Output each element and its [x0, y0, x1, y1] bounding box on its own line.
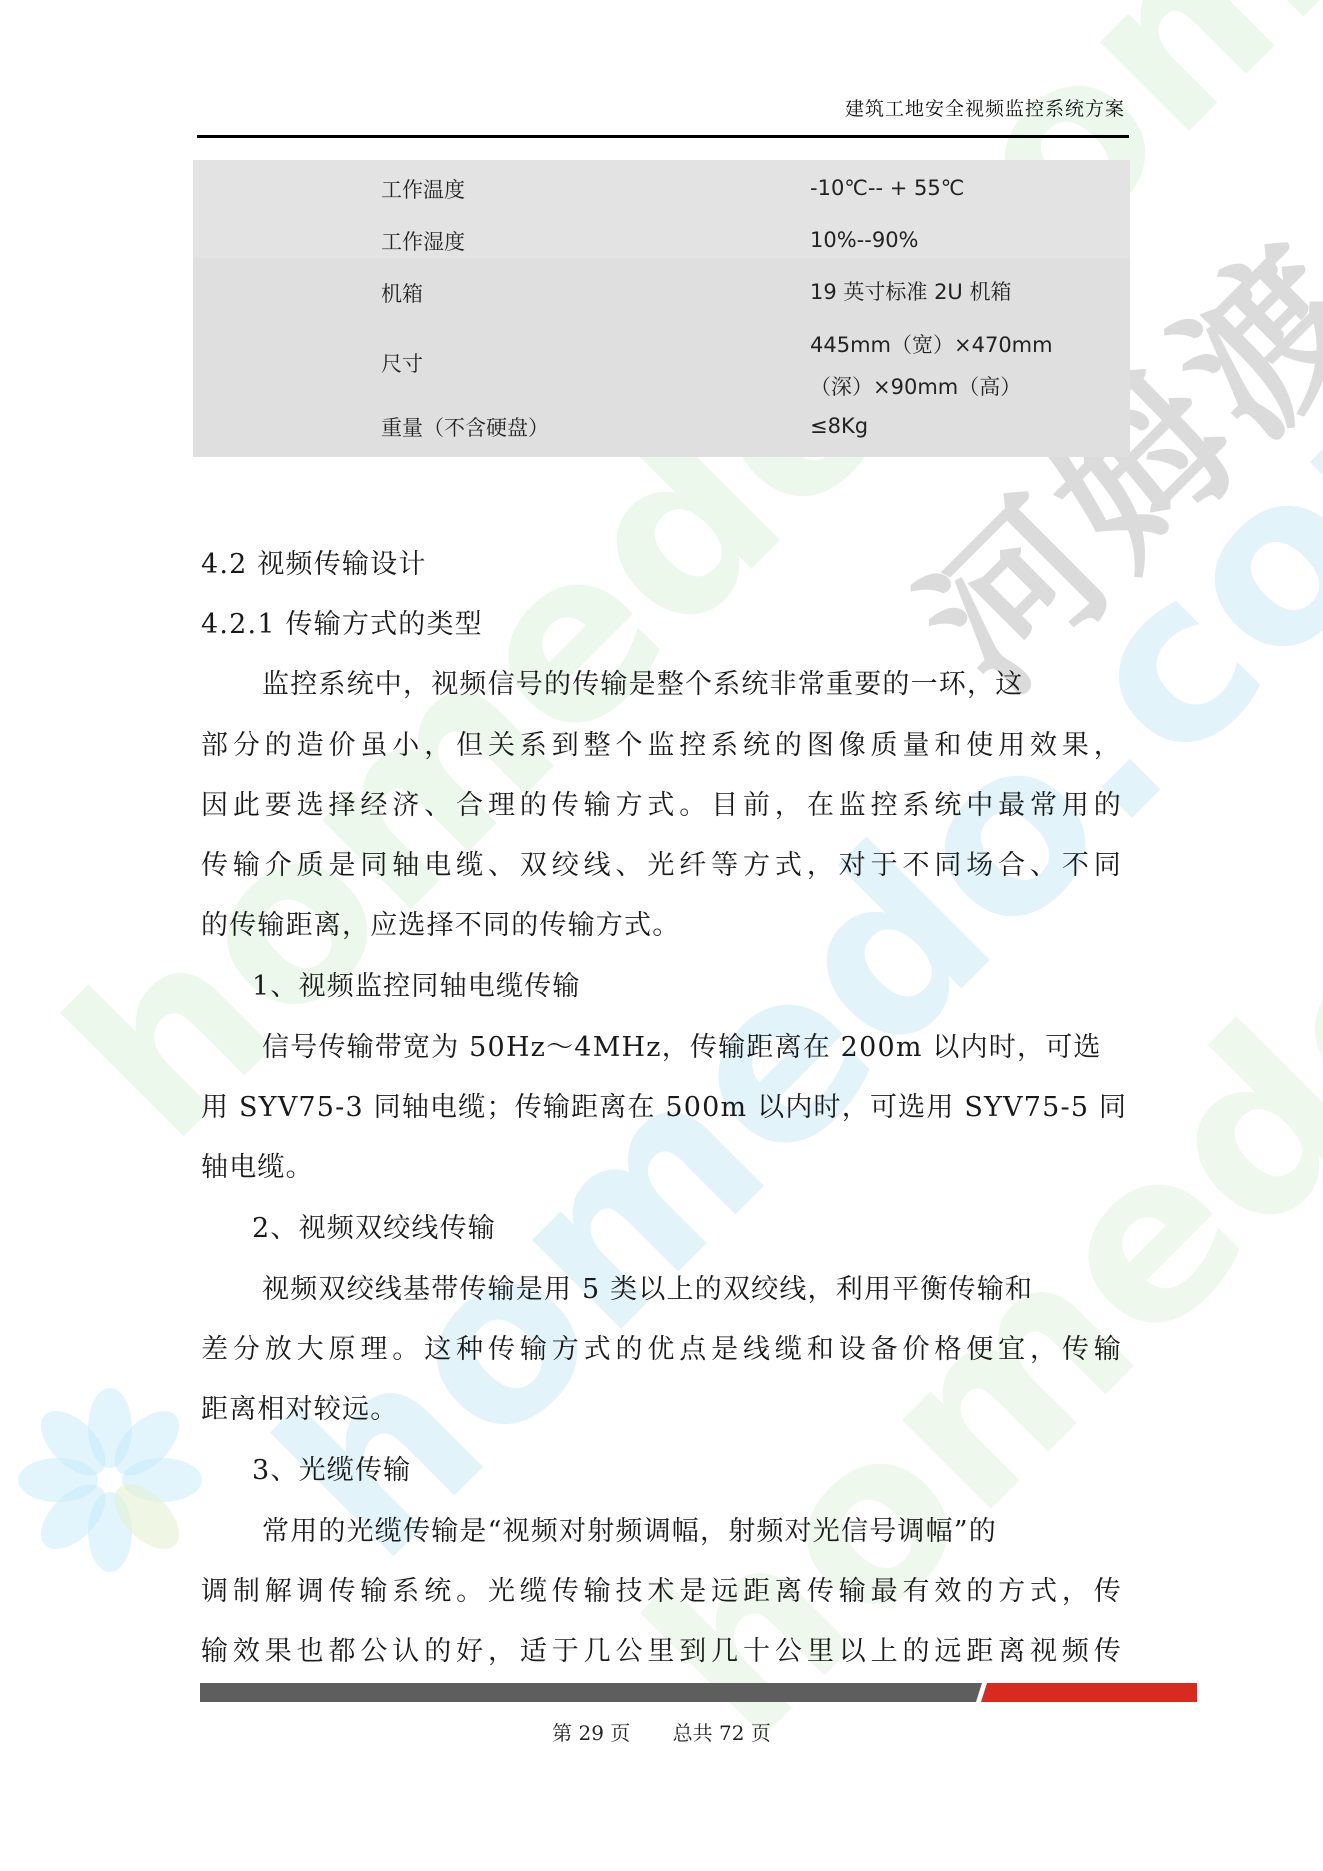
list-item-title: 2、视频双绞线传输	[252, 1212, 496, 1246]
spec-label: 工作湿度	[381, 226, 465, 256]
section-heading: 4.2 视频传输设计	[201, 548, 427, 582]
spec-value: 19 英寸标准 2U 机箱	[810, 278, 1011, 306]
watermark-flower-logo-icon	[10, 1380, 210, 1580]
spec-label: 重量（不含硬盘）	[381, 412, 549, 442]
spec-value: 445mm（宽）×470mm （深）×90mm（高）	[810, 324, 1053, 408]
spec-value-line: 445mm（宽）×470mm	[810, 324, 1053, 366]
footer-bar-red	[981, 1683, 1197, 1702]
paragraph-line: 输效果也都公认的好，适于几公里到几十公里以上的远距离视频传	[201, 1635, 1122, 1669]
list-item-title: 1、视频监控同轴电缆传输	[252, 970, 581, 1004]
paragraph-line: 视频双绞线基带传输是用 5 类以上的双绞线，利用平衡传输和	[262, 1273, 1033, 1307]
paragraph-line: 因此要选择经济、合理的传输方式。目前，在监控系统中最常用的	[201, 789, 1122, 823]
paragraph-line: 差分放大原理。这种传输方式的优点是线缆和设备价格便宜，传输	[201, 1333, 1122, 1367]
spec-value: -10℃-- + 55℃	[810, 174, 964, 202]
table-band	[193, 160, 1130, 258]
paragraph-line: 监控系统中，视频信号的传输是整个系统非常重要的一环，这	[262, 668, 1023, 702]
spec-label: 工作温度	[381, 174, 465, 204]
header-divider	[197, 135, 1129, 138]
paragraph-line: 轴电缆。	[201, 1151, 314, 1185]
document-header-title: 建筑工地安全视频监控系统方案	[845, 94, 1125, 121]
paragraph-line: 用 SYV75-3 同轴电缆；传输距离在 500m 以内时，可选用 SYV75-…	[201, 1091, 1122, 1125]
list-item-title: 3、光缆传输	[252, 1454, 411, 1488]
spec-value: 10%--90%	[810, 226, 919, 254]
spec-value-line: （深）×90mm（高）	[810, 366, 1053, 408]
paragraph-line: 传输介质是同轴电缆、双绞线、光纤等方式，对于不同场合、不同	[201, 849, 1122, 883]
spec-value: ≤8Kg	[810, 412, 868, 440]
spec-table: 工作温度 -10℃-- + 55℃ 工作湿度 10%--90% 机箱 19 英寸…	[193, 160, 1130, 457]
footer-bar-gray	[200, 1683, 982, 1702]
page-current: 第 29 页	[552, 1721, 630, 1745]
page-total: 总共 72 页	[673, 1721, 771, 1745]
paragraph-line: 调制解调传输系统。光缆传输技术是远距离传输最有效的方式，传	[201, 1575, 1122, 1609]
spec-label: 机箱	[381, 278, 423, 308]
paragraph-line: 信号传输带宽为 50Hz～4MHz，传输距离在 200m 以内时，可选	[262, 1031, 1102, 1065]
page-number: 第 29 页 总共 72 页	[0, 1717, 1323, 1746]
paragraph-line: 距离相对较远。	[201, 1393, 398, 1427]
spec-label: 尺寸	[381, 348, 423, 378]
subsection-heading: 4.2.1 传输方式的类型	[201, 608, 483, 642]
paragraph-line: 的传输距离，应选择不同的传输方式。	[201, 909, 680, 943]
paragraph-line: 常用的光缆传输是“视频对射频调幅，射频对光信号调幅”的	[262, 1515, 997, 1549]
paragraph-line: 部分的造价虽小，但关系到整个监控系统的图像质量和使用效果，	[201, 729, 1122, 763]
